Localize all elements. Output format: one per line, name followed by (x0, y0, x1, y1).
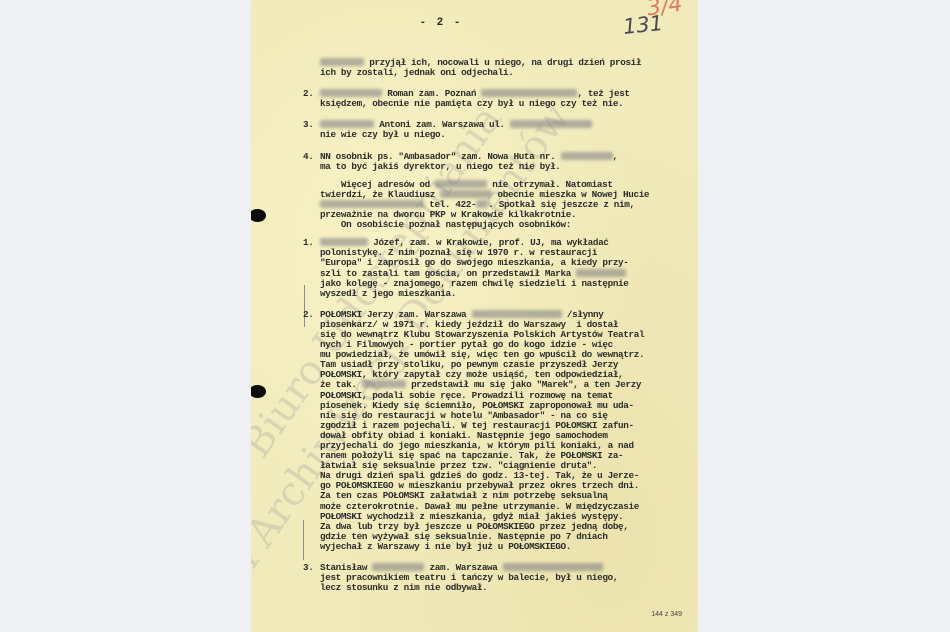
punch-hole-top (251, 209, 266, 222)
redacted-address (561, 152, 613, 160)
typewritten-body: przyjął ich, nocowali u niego, na drugi … (320, 58, 690, 593)
redacted-address (320, 200, 424, 208)
redacted-surname (320, 120, 374, 128)
archive-page-reference: 144 z 349 (651, 611, 682, 618)
margin-pencil-mark (303, 520, 304, 560)
text-line: nie wie czy był u niego. (320, 130, 690, 140)
redacted-address (510, 120, 592, 128)
redacted-address (472, 310, 562, 318)
redacted-address (503, 563, 603, 571)
text-line: On osobiście poznał następujących osobni… (320, 220, 690, 230)
redacted-surname (320, 89, 382, 97)
text-line: księdzem, obecnie nie pamięta czy był u … (320, 99, 690, 109)
redacted-surname (440, 190, 492, 198)
text-line: ma to być jakiś dyrektor, u niego też ni… (320, 162, 690, 172)
document-page: Biuro Udostępniania i Archiwizacji Dokum… (251, 0, 698, 632)
text-line: ich by zostali, jednak oni odjechali. (320, 68, 690, 78)
text-line: lecz stosunku z nim nie odbywał. (320, 583, 690, 593)
redacted-phone (476, 200, 488, 208)
text-line: wyszedł z jego mieszkania. (320, 289, 690, 299)
redacted-surname (372, 563, 424, 571)
margin-pencil-mark (304, 285, 305, 327)
redacted-name (320, 58, 364, 66)
punch-hole-bottom (251, 385, 266, 398)
text-line: wyjechał z Warszawy i nie był już u POŁO… (320, 542, 690, 552)
redacted-address (481, 89, 577, 97)
redacted-surname (362, 380, 406, 388)
redacted-surname (576, 269, 626, 277)
redacted-surname (320, 238, 368, 246)
redacted-name (435, 180, 487, 188)
red-handwritten-mark: 3/4 (645, 0, 684, 21)
page-number: - 2 - (251, 17, 631, 29)
